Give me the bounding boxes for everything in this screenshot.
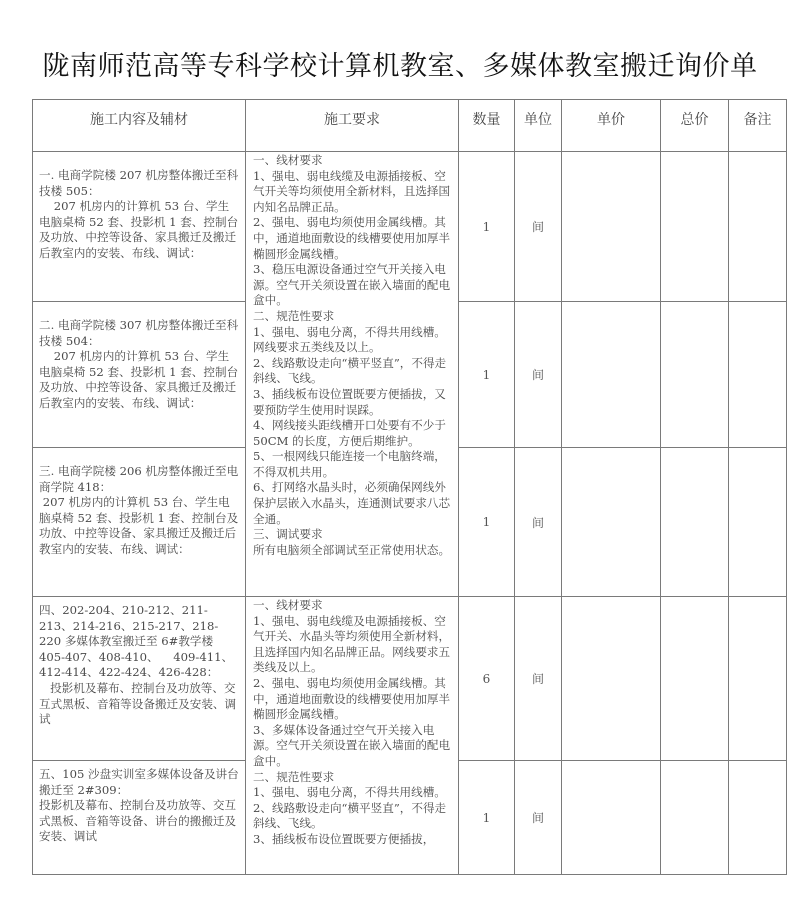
- req-line: 所有电脑须全部调试至正常使用状态。: [253, 543, 454, 559]
- document-title: 陇南师范高等专科学校计算机教室、多媒体教室搬迁询价单: [0, 44, 800, 83]
- req-line: 1、强电、弱电分离，不得共用线槽。网线要求五类线及以上。: [253, 325, 454, 356]
- remarks-cell[interactable]: [729, 448, 787, 597]
- remarks-cell[interactable]: [729, 761, 787, 875]
- total-price-cell[interactable]: [661, 448, 729, 597]
- unit-cell: 间: [515, 152, 562, 302]
- req-line: 二、规范性要求: [253, 309, 454, 325]
- req-line: 4、网线接头距线槽开口处要有不少于 50CM 的长度，方便后期维护。: [253, 418, 454, 449]
- header-remarks: 备注: [729, 100, 787, 152]
- req-line: 一、线材要求: [253, 153, 454, 169]
- quantity-cell: 6: [459, 597, 515, 761]
- item-title: 三. 电商学院楼 206 机房整体搬迁至电商学院 418：: [39, 464, 239, 495]
- total-price-cell[interactable]: [661, 302, 729, 448]
- item-title: 四、202-204、210-212、211-213、214-216、215-21…: [39, 603, 239, 681]
- req-line: 3、插线板布设位置既要方便插拔，又要预防学生使用时误踩。: [253, 387, 454, 418]
- req-line: 1、强电、弱电线缆及电源插接板、空气开关、水晶头等均须使用全新材料，且选择国内知…: [253, 614, 454, 676]
- content-cell: 三. 电商学院楼 206 机房整体搬迁至电商学院 418： 207 机房内的计算…: [33, 448, 246, 597]
- total-price-cell[interactable]: [661, 761, 729, 875]
- req-line: 3、稳压电源设备通过空气开关接入电源。空气开关须设置在嵌入墙面的配电盒中。: [253, 262, 454, 309]
- unit-cell: 间: [515, 302, 562, 448]
- unit-cell: 间: [515, 448, 562, 597]
- req-line: 5、一根网线只能连接一个电脑终端，不得双机共用。: [253, 449, 454, 480]
- req-line: 二、规范性要求: [253, 770, 454, 786]
- req-line: 3、插线板布设位置既要方便插拔，: [253, 832, 454, 848]
- item-title: 五、105 沙盘实训室多媒体设备及讲台搬迁至 2#309：: [39, 767, 239, 798]
- content-cell: 四、202-204、210-212、211-213、214-216、215-21…: [33, 597, 246, 761]
- header-requirements: 施工要求: [246, 100, 459, 152]
- req-line: 1、强电、弱电线缆及电源插接板、空气开关等均须使用全新材料，且选择国内知名品牌正…: [253, 169, 454, 216]
- req-line: 2、强电、弱电均须使用金属线槽。其中，通道地面敷设的线槽要使用加厚半椭圆形金属线…: [253, 215, 454, 262]
- header-unit-price: 单价: [562, 100, 661, 152]
- header-unit: 单位: [515, 100, 562, 152]
- item-title: 一. 电商学院楼 207 机房整体搬迁至科技楼 505：: [39, 168, 239, 199]
- req-line: 三、调试要求: [253, 527, 454, 543]
- req-line: 一、线材要求: [253, 598, 454, 614]
- content-cell: 五、105 沙盘实训室多媒体设备及讲台搬迁至 2#309： 投影机及幕布、控制台…: [33, 761, 246, 875]
- quantity-cell: 1: [459, 448, 515, 597]
- unit-price-cell[interactable]: [562, 597, 661, 761]
- total-price-cell[interactable]: [661, 152, 729, 302]
- item-detail: 投影机及幕布、控制台及功放等、交互式黑板、音箱等设备、讲台的搬搬迁及安装、调试: [39, 798, 239, 845]
- item-detail: 207 机房内的计算机 53 台、学生电脑桌椅 52 套、投影机 1 套、控制台…: [39, 495, 239, 557]
- quotation-table: 施工内容及辅材 施工要求 数量 单位 单价 总价 备注 一. 电商学院楼 207…: [32, 99, 787, 875]
- content-cell: 一. 电商学院楼 207 机房整体搬迁至科技楼 505： 207 机房内的计算机…: [33, 152, 246, 302]
- table-row: 四、202-204、210-212、211-213、214-216、215-21…: [33, 597, 787, 761]
- quantity-cell: 1: [459, 152, 515, 302]
- req-line: 2、线路敷设走向“横平竖直”，不得走斜线、飞线。: [253, 356, 454, 387]
- header-row: 施工内容及辅材 施工要求 数量 单位 单价 总价 备注: [33, 100, 787, 152]
- content-cell: 二. 电商学院楼 307 机房整体搬迁至科技楼 504： 207 机房内的计算机…: [33, 302, 246, 448]
- total-price-cell[interactable]: [661, 597, 729, 761]
- header-quantity: 数量: [459, 100, 515, 152]
- remarks-cell[interactable]: [729, 152, 787, 302]
- unit-price-cell[interactable]: [562, 302, 661, 448]
- item-detail: 投影机及幕布、控制台及功放等、交互式黑板、音箱等设备搬迁及安装、调试: [39, 681, 239, 728]
- item-detail: 207 机房内的计算机 53 台、学生电脑桌椅 52 套、投影机 1 套、控制台…: [39, 349, 239, 411]
- unit-price-cell[interactable]: [562, 152, 661, 302]
- header-content: 施工内容及辅材: [33, 100, 246, 152]
- quantity-cell: 1: [459, 761, 515, 875]
- requirements-cell: 一、线材要求 1、强电、弱电线缆及电源插接板、空气开关、水晶头等均须使用全新材料…: [246, 597, 459, 875]
- req-line: 3、多媒体设备通过空气开关接入电源。空气开关须设置在嵌入墙面的配电盒中。: [253, 723, 454, 770]
- req-line: 2、线路敷设走向“横平竖直”，不得走斜线、飞线。: [253, 801, 454, 832]
- unit-cell: 间: [515, 761, 562, 875]
- unit-price-cell[interactable]: [562, 448, 661, 597]
- unit-price-cell[interactable]: [562, 761, 661, 875]
- req-line: 2、强电、弱电均须使用金属线槽。其中，通道地面敷设的线槽要使用加厚半椭圆形金属线…: [253, 676, 454, 723]
- requirements-cell: 一、线材要求 1、强电、弱电线缆及电源插接板、空气开关等均须使用全新材料，且选择…: [246, 152, 459, 597]
- req-line: 1、强电、弱电分离，不得共用线槽。: [253, 785, 454, 801]
- remarks-cell[interactable]: [729, 302, 787, 448]
- remarks-cell[interactable]: [729, 597, 787, 761]
- unit-cell: 间: [515, 597, 562, 761]
- item-detail: 207 机房内的计算机 53 台、学生电脑桌椅 52 套、投影机 1 套、控制台…: [39, 199, 239, 261]
- item-title: 二. 电商学院楼 307 机房整体搬迁至科技楼 504：: [39, 318, 239, 349]
- quantity-cell: 1: [459, 302, 515, 448]
- header-total-price: 总价: [661, 100, 729, 152]
- req-line: 6、打网络水晶头时，必须确保网线外保护层嵌入水晶头，连通测试要求八芯全通。: [253, 480, 454, 527]
- table-row: 一. 电商学院楼 207 机房整体搬迁至科技楼 505： 207 机房内的计算机…: [33, 152, 787, 302]
